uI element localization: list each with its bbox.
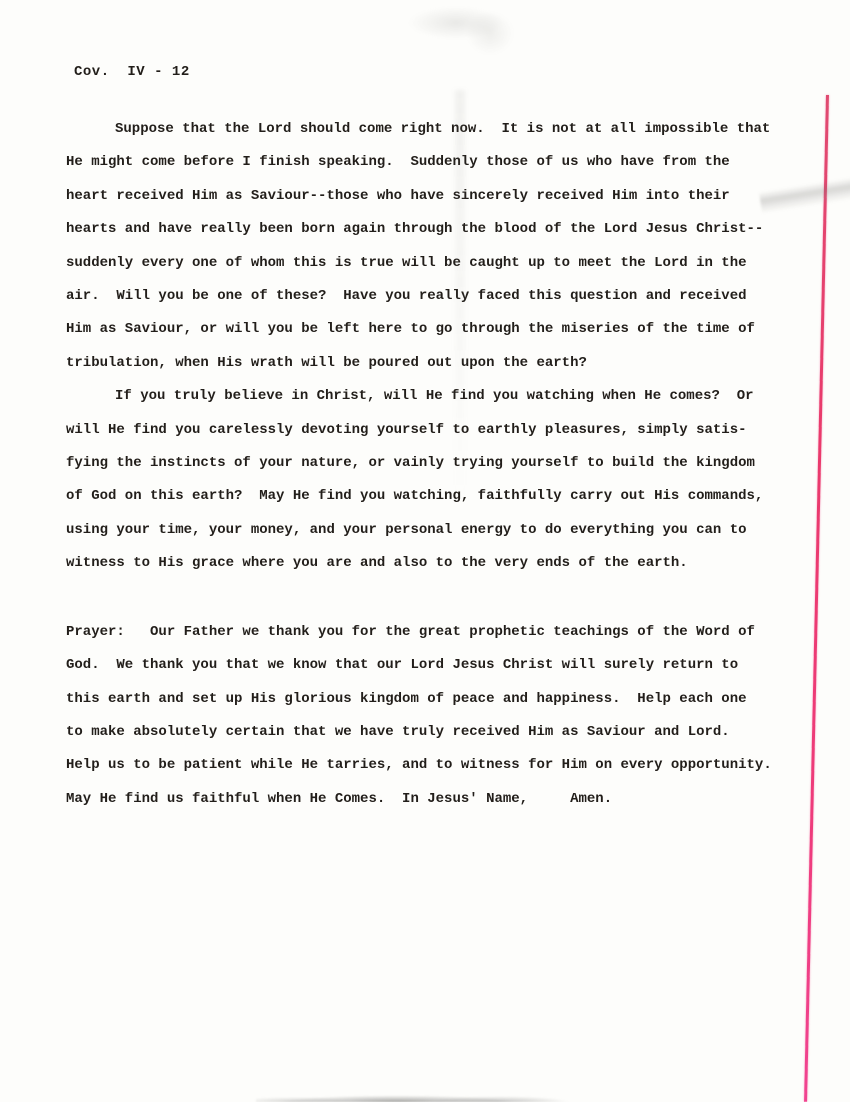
text-line: He might come before I finish speaking. … xyxy=(66,146,806,179)
text-line: suddenly every one of whom this is true … xyxy=(66,247,806,280)
scan-smudge-top xyxy=(388,2,558,54)
paragraph-2: If you truly believe in Christ, will He … xyxy=(66,380,806,580)
page-label: Cov. IV - 12 xyxy=(74,64,190,80)
text-line: fying the instincts of your nature, or v… xyxy=(66,447,806,480)
text-line: witness to His grace where you are and a… xyxy=(66,547,806,580)
text-line: Suppose that the Lord should come right … xyxy=(66,113,806,146)
paragraph-1: Suppose that the Lord should come right … xyxy=(66,113,806,380)
text-line: Him as Saviour, or will you be left here… xyxy=(66,313,806,346)
text-line: using your time, your money, and your pe… xyxy=(66,514,806,547)
text-line: heart received Him as Saviour--those who… xyxy=(66,180,806,213)
document-body: Suppose that the Lord should come right … xyxy=(66,113,806,816)
text-line: of God on this earth? May He find you wa… xyxy=(66,480,806,513)
text-line: this earth and set up His glorious kingd… xyxy=(66,683,806,716)
text-line: If you truly believe in Christ, will He … xyxy=(66,380,806,413)
text-line: air. Will you be one of these? Have you … xyxy=(66,280,806,313)
text-line: tribulation, when His wrath will be pour… xyxy=(66,347,806,380)
scanned-typewritten-page: Cov. IV - 12 Suppose that the Lord shoul… xyxy=(0,0,850,1102)
text-line: Prayer: Our Father we thank you for the … xyxy=(66,616,806,649)
text-line: Help us to be patient while He tarries, … xyxy=(66,749,806,782)
scan-smudge-bottom-edge xyxy=(256,1092,568,1102)
pink-margin-line xyxy=(804,95,829,1102)
text-line: to make absolutely certain that we have … xyxy=(66,716,806,749)
prayer-paragraph: Prayer: Our Father we thank you for the … xyxy=(66,616,806,816)
text-line: God. We thank you that we know that our … xyxy=(66,649,806,682)
text-line: will He find you carelessly devoting you… xyxy=(66,414,806,447)
text-line: hearts and have really been born again t… xyxy=(66,213,806,246)
text-line: May He find us faithful when He Comes. I… xyxy=(66,783,806,816)
